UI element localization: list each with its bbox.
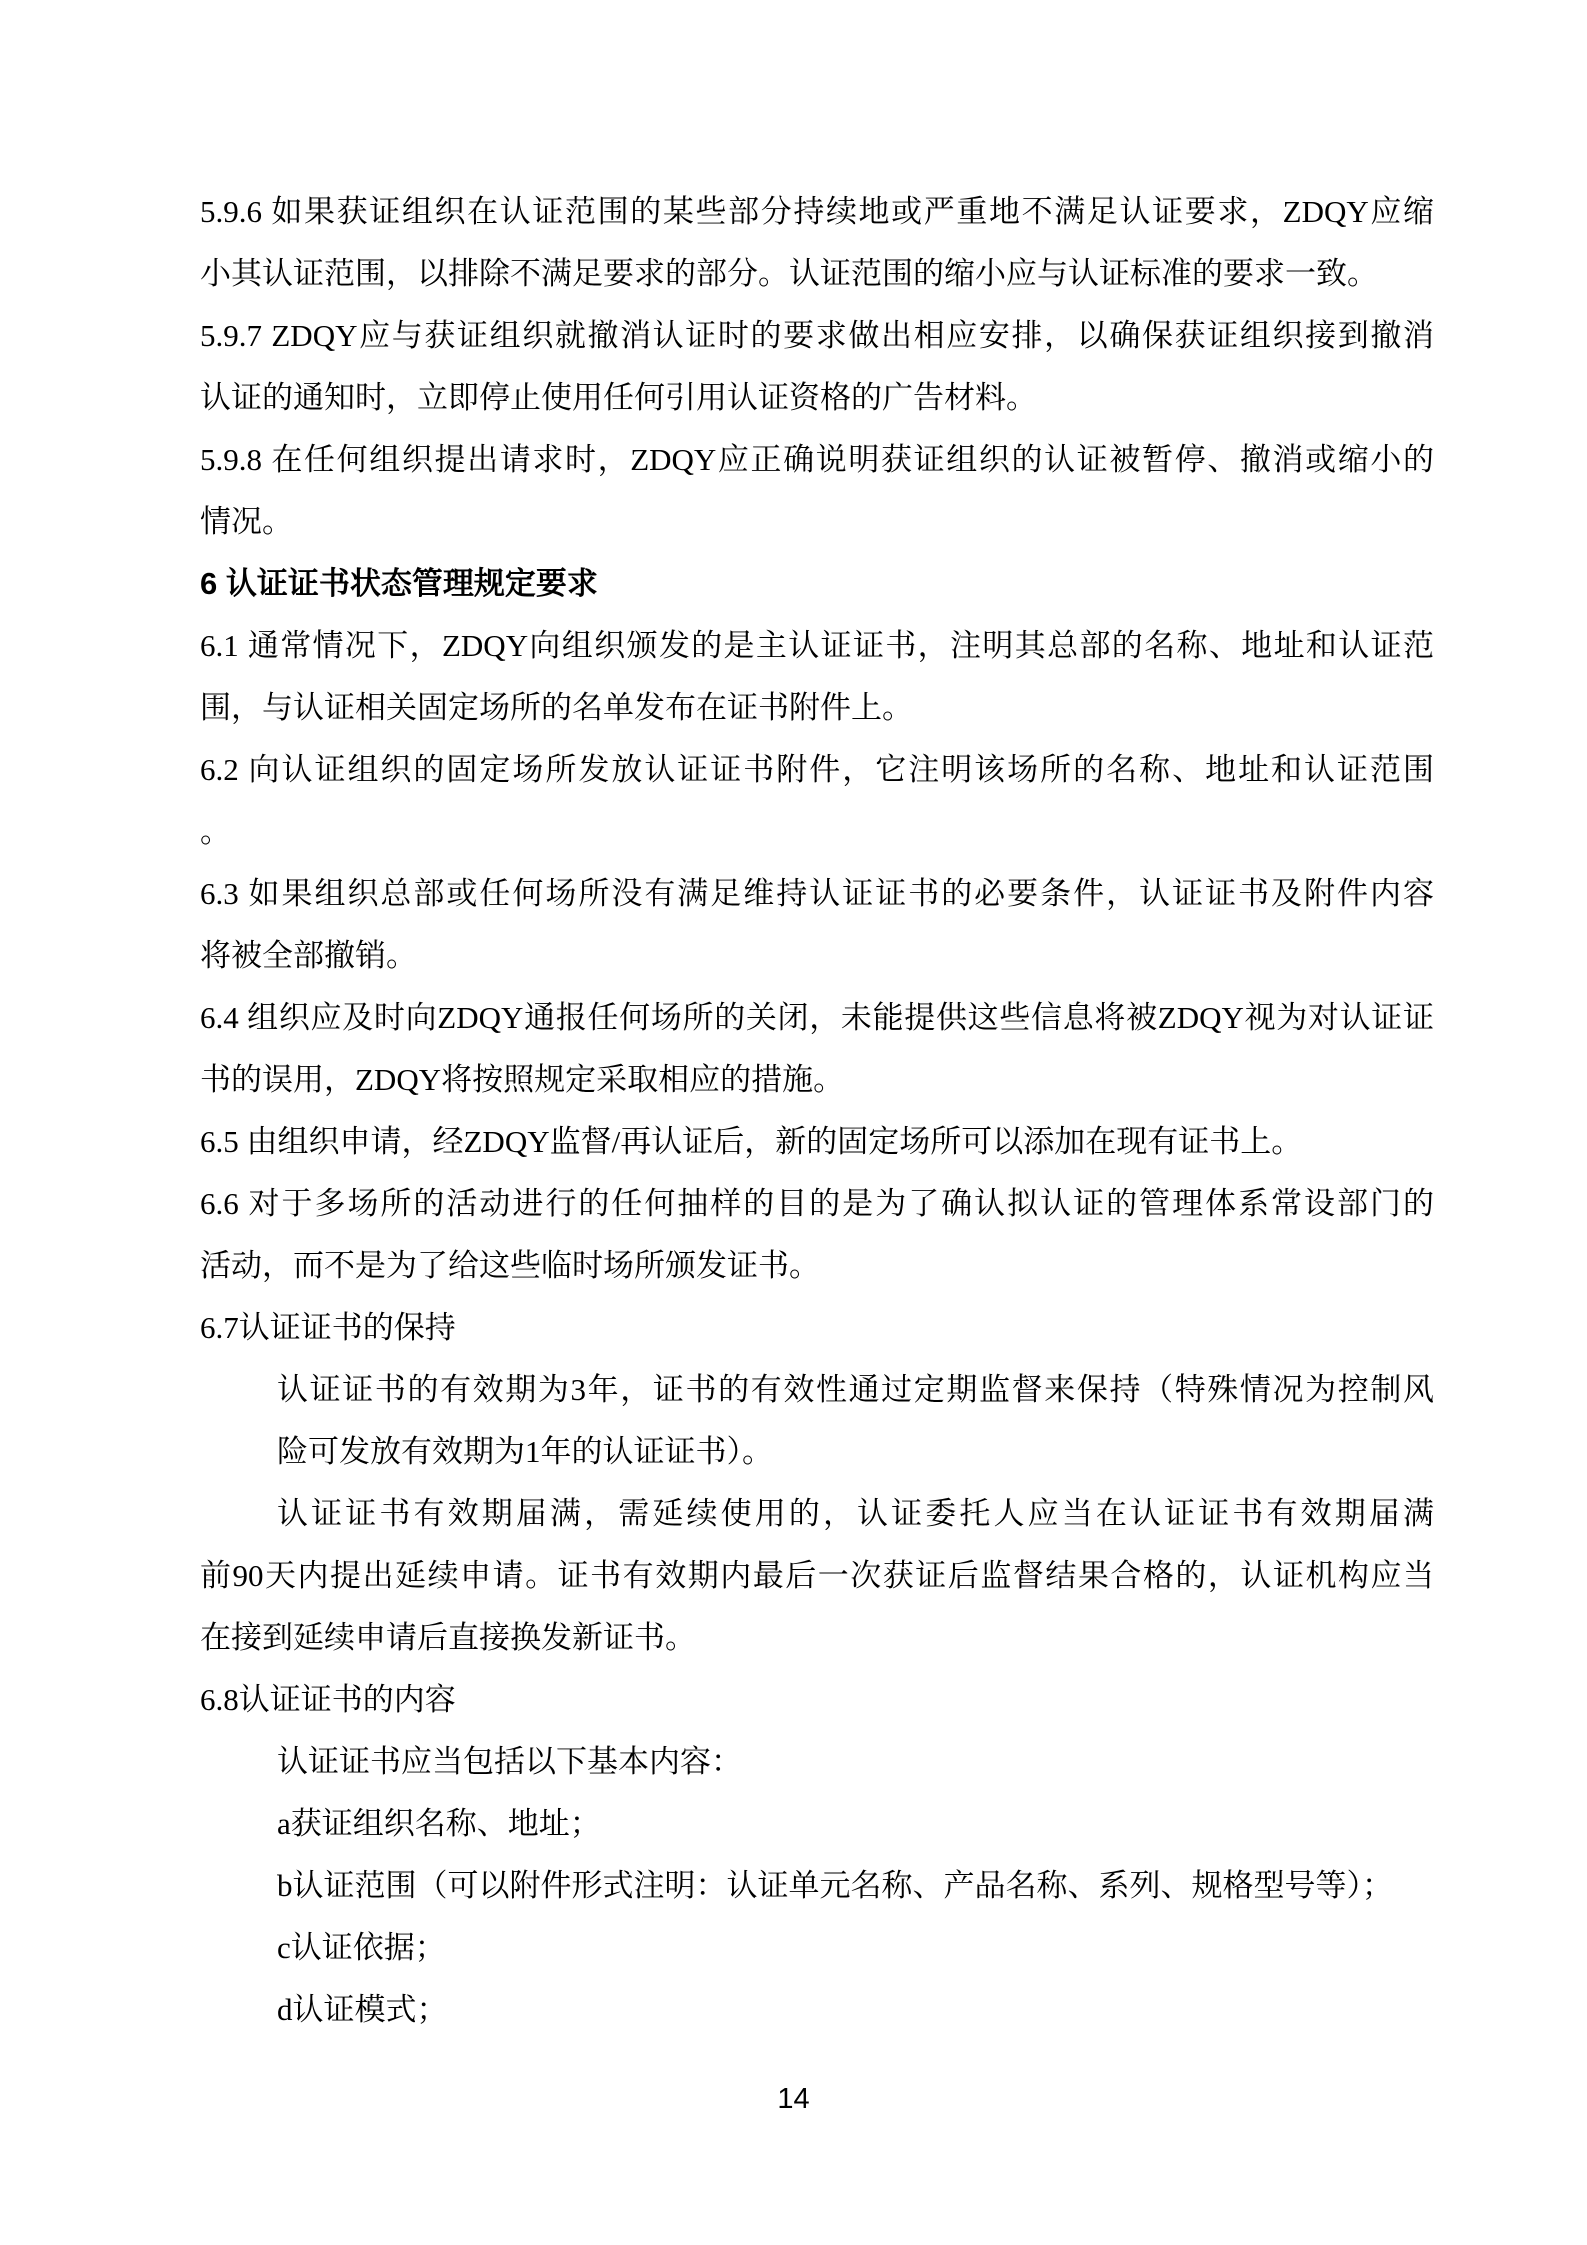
doc-line: 书的误用，ZDQY将按照规定采取相应的措施。: [200, 1049, 1434, 1111]
doc-line: 前90天内提出延续申请。证书有效期内最后一次获证后监督结果合格的，认证机构应当: [200, 1545, 1434, 1607]
doc-line: 认证的通知时，立即停止使用任何引用认证资格的广告材料。: [200, 367, 1434, 429]
section-heading: 6 认证证书状态管理规定要求: [200, 553, 1434, 615]
doc-line: a获证组织名称、地址；: [200, 1793, 1434, 1855]
doc-line: 认证证书应当包括以下基本内容：: [200, 1731, 1434, 1793]
doc-line: 6.3 如果组织总部或任何场所没有满足维持认证证书的必要条件，认证证书及附件内容: [200, 863, 1434, 925]
doc-line: 险可发放有效期为1年的认证证书）。: [200, 1421, 1434, 1483]
doc-line: d认证模式；: [200, 1979, 1434, 2041]
doc-line: b认证范围（可以附件形式注明：认证单元名称、产品名称、系列、规格型号等）；: [200, 1855, 1434, 1917]
doc-line: 。: [200, 801, 1434, 863]
doc-line: 认证证书的有效期为3年，证书的有效性通过定期监督来保持（特殊情况为控制风: [200, 1359, 1434, 1421]
doc-line: 6.5 由组织申请，经ZDQY监督/再认证后，新的固定场所可以添加在现有证书上。: [200, 1111, 1434, 1173]
doc-line: 6.6 对于多场所的活动进行的任何抽样的目的是为了确认拟认证的管理体系常设部门的: [200, 1173, 1434, 1235]
doc-line: 小其认证范围，以排除不满足要求的部分。认证范围的缩小应与认证标准的要求一致。: [200, 243, 1434, 305]
doc-line: 在接到延续申请后直接换发新证书。: [200, 1607, 1434, 1669]
doc-line: 5.9.6 如果获证组织在认证范围的某些部分持续地或严重地不满足认证要求，ZDQ…: [200, 181, 1434, 243]
page-number: 14: [0, 2078, 1587, 2120]
doc-line: 6.2 向认证组织的固定场所发放认证证书附件，它注明该场所的名称、地址和认证范围: [200, 739, 1434, 801]
doc-line: 围，与认证相关固定场所的名单发布在证书附件上。: [200, 677, 1434, 739]
doc-line: 5.9.7 ZDQY应与获证组织就撤消认证时的要求做出相应安排，以确保获证组织接…: [200, 305, 1434, 367]
doc-line: 6.1 通常情况下，ZDQY向组织颁发的是主认证证书，注明其总部的名称、地址和认…: [200, 615, 1434, 677]
doc-line: c认证依据；: [200, 1917, 1434, 1979]
doc-line: 5.9.8 在任何组织提出请求时，ZDQY应正确说明获证组织的认证被暂停、撤消或…: [200, 429, 1434, 491]
doc-line: 活动，而不是为了给这些临时场所颁发证书。: [200, 1235, 1434, 1297]
doc-line: 将被全部撤销。: [200, 925, 1434, 987]
doc-line: 6.4 组织应及时向ZDQY通报任何场所的关闭，未能提供这些信息将被ZDQY视为…: [200, 987, 1434, 1049]
document-page: 5.9.6 如果获证组织在认证范围的某些部分持续地或严重地不满足认证要求，ZDQ…: [0, 0, 1587, 2245]
doc-line: 认证证书有效期届满，需延续使用的，认证委托人应当在认证证书有效期届满: [200, 1483, 1434, 1545]
doc-line: 6.8认证证书的内容: [200, 1669, 1434, 1731]
doc-line: 6.7认证证书的保持: [200, 1297, 1434, 1359]
document-body: 5.9.6 如果获证组织在认证范围的某些部分持续地或严重地不满足认证要求，ZDQ…: [200, 181, 1434, 2041]
doc-line: 情况。: [200, 491, 1434, 553]
